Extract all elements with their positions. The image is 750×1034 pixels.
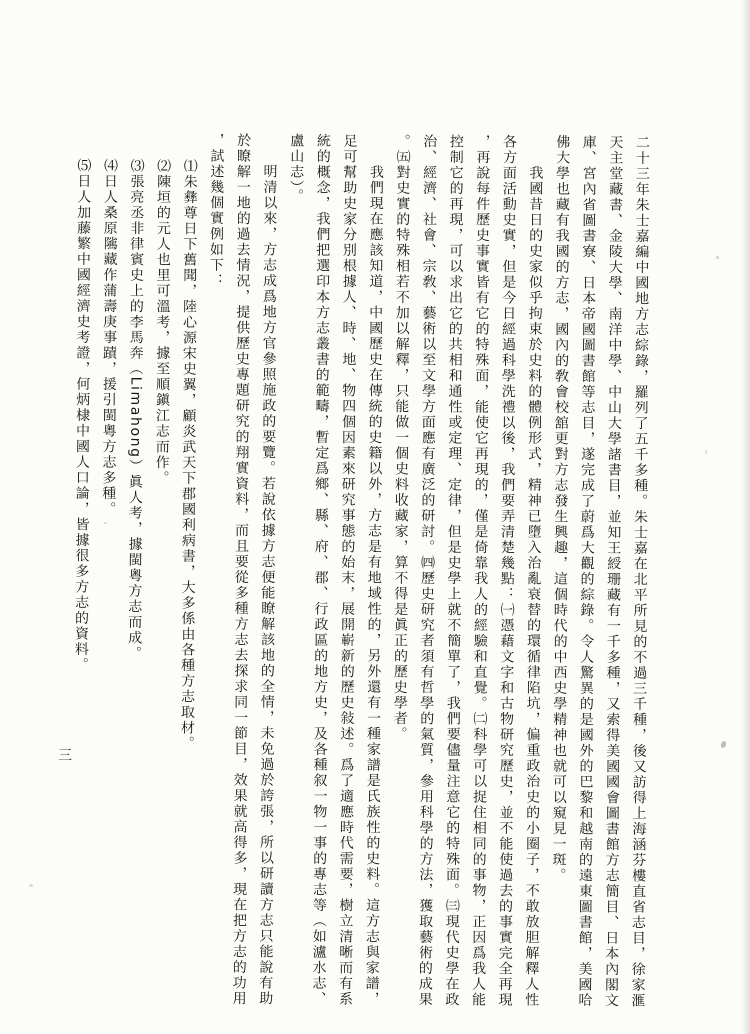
vertical-text-block: 二十三年朱士嘉編中國地方志綜錄，羅列了五千多種。朱士嘉在北平所見的不過三千種，後… [65, 132, 655, 1011]
list-item-4: ⑷日人桑原隲藏作蒲壽庚事蹟，援引閩粵方志多種。 [92, 132, 123, 1008]
list-item-5: ⑸日人加藤繁中國經濟史考證，何炳棣中國人口論，皆據很多方志的資料。 [65, 132, 96, 1008]
scanned-page: 二十三年朱士嘉編中國地方志綜錄，羅列了五千多種。朱士嘉在北平所見的不過三千種，後… [0, 0, 750, 1034]
paragraph-1: 二十三年朱士嘉編中國地方志綜錄，羅列了五千多種。朱士嘉在北平所見的不過三千種，後… [544, 134, 655, 1011]
scan-speck [705, 450, 707, 454]
list-item-2: ⑵陳垣的元人也里可溫考，據至順鎭江志而作。 [145, 132, 176, 1008]
scan-speck [716, 256, 719, 259]
page-number-label: 三 [58, 745, 72, 765]
list-item-1: ⑴朱彝尊日下舊聞，陸心源宋史翼，顧炎武天下郡國利病書，大多係由各種方志取材。 [172, 132, 203, 1008]
scan-speck [720, 740, 727, 748]
paragraph-3: 我們現在應該知道，中國歷史在傳統的史籍以外，方志是有地域性的，另外還有一種家譜是… [278, 133, 389, 1010]
scan-speck [29, 884, 33, 887]
paragraph-4: 明清以來，方志成爲地方官參照施政的要覽。若說依據方志便能瞭解該地的全情，未免過於… [198, 133, 282, 1009]
list-item-3: ⑶張亮丞非律賓史上的李馬奔（Limahong）眞人考，據閩粵方志而成。 [119, 132, 150, 1008]
paragraph-2: 我國昔日的史家似乎拘束於史料的體例形式，精神已墮入治亂衰替的環循律陷坑，偏重政治… [384, 134, 548, 1011]
scan-edge-streak [741, 0, 750, 1034]
